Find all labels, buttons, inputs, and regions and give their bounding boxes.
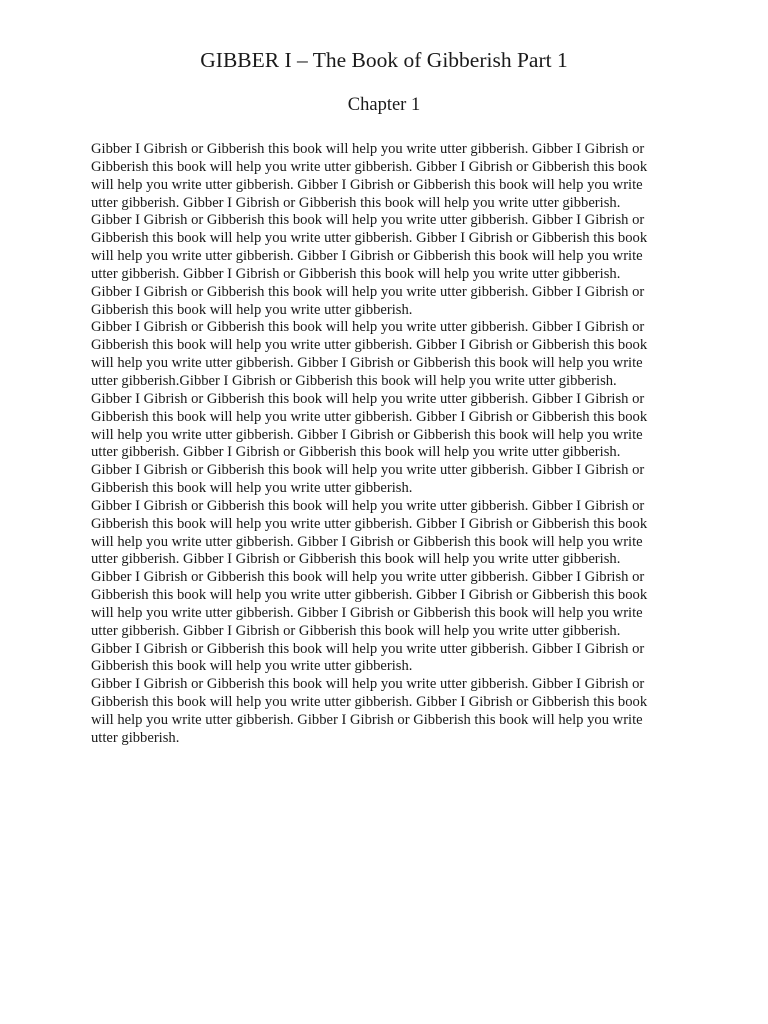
text-line: will help you write utter gibberish. Gib… <box>91 427 691 445</box>
text-line: will help you write utter gibberish. Gib… <box>91 248 691 266</box>
text-line: Gibberish this book will help you write … <box>91 658 691 676</box>
text-line: Gibber I Gibrish or Gibberish this book … <box>91 641 691 659</box>
text-line: Gibber I Gibrish or Gibberish this book … <box>91 569 691 587</box>
text-line: Gibber I Gibrish or Gibberish this book … <box>91 498 691 516</box>
text-line: utter gibberish. Gibber I Gibrish or Gib… <box>91 266 691 284</box>
text-line: Gibberish this book will help you write … <box>91 159 691 177</box>
text-line: Gibberish this book will help you write … <box>91 694 691 712</box>
text-line: utter gibberish. Gibber I Gibrish or Gib… <box>91 551 691 569</box>
text-line: Gibberish this book will help you write … <box>91 409 691 427</box>
text-line: will help you write utter gibberish. Gib… <box>91 177 691 195</box>
text-line: utter gibberish. Gibber I Gibrish or Gib… <box>91 623 691 641</box>
document-title: GIBBER I – The Book of Gibberish Part 1 <box>0 46 768 74</box>
text-line: Gibberish this book will help you write … <box>91 480 691 498</box>
text-line: will help you write utter gibberish. Gib… <box>91 534 691 552</box>
body-text: Gibber I Gibrish or Gibberish this book … <box>91 141 691 748</box>
text-line: Gibberish this book will help you write … <box>91 587 691 605</box>
text-line: Gibber I Gibrish or Gibberish this book … <box>91 676 691 694</box>
text-line: Gibberish this book will help you write … <box>91 337 691 355</box>
text-line: Gibberish this book will help you write … <box>91 302 691 320</box>
chapter-heading: Chapter 1 <box>0 92 768 118</box>
text-line: utter gibberish. Gibber I Gibrish or Gib… <box>91 444 691 462</box>
document-page: GIBBER I – The Book of Gibberish Part 1 … <box>0 0 768 1024</box>
text-line: Gibberish this book will help you write … <box>91 230 691 248</box>
text-line: will help you write utter gibberish. Gib… <box>91 355 691 373</box>
text-line: utter gibberish. Gibber I Gibrish or Gib… <box>91 195 691 213</box>
text-line: Gibber I Gibrish or Gibberish this book … <box>91 319 691 337</box>
text-line: Gibber I Gibrish or Gibberish this book … <box>91 212 691 230</box>
text-line: Gibber I Gibrish or Gibberish this book … <box>91 284 691 302</box>
text-line: utter gibberish. <box>91 730 691 748</box>
text-line: Gibberish this book will help you write … <box>91 516 691 534</box>
text-line: utter gibberish.Gibber I Gibrish or Gibb… <box>91 373 691 391</box>
text-line: will help you write utter gibberish. Gib… <box>91 605 691 623</box>
text-line: Gibber I Gibrish or Gibberish this book … <box>91 391 691 409</box>
text-line: Gibber I Gibrish or Gibberish this book … <box>91 462 691 480</box>
text-line: Gibber I Gibrish or Gibberish this book … <box>91 141 691 159</box>
text-line: will help you write utter gibberish. Gib… <box>91 712 691 730</box>
